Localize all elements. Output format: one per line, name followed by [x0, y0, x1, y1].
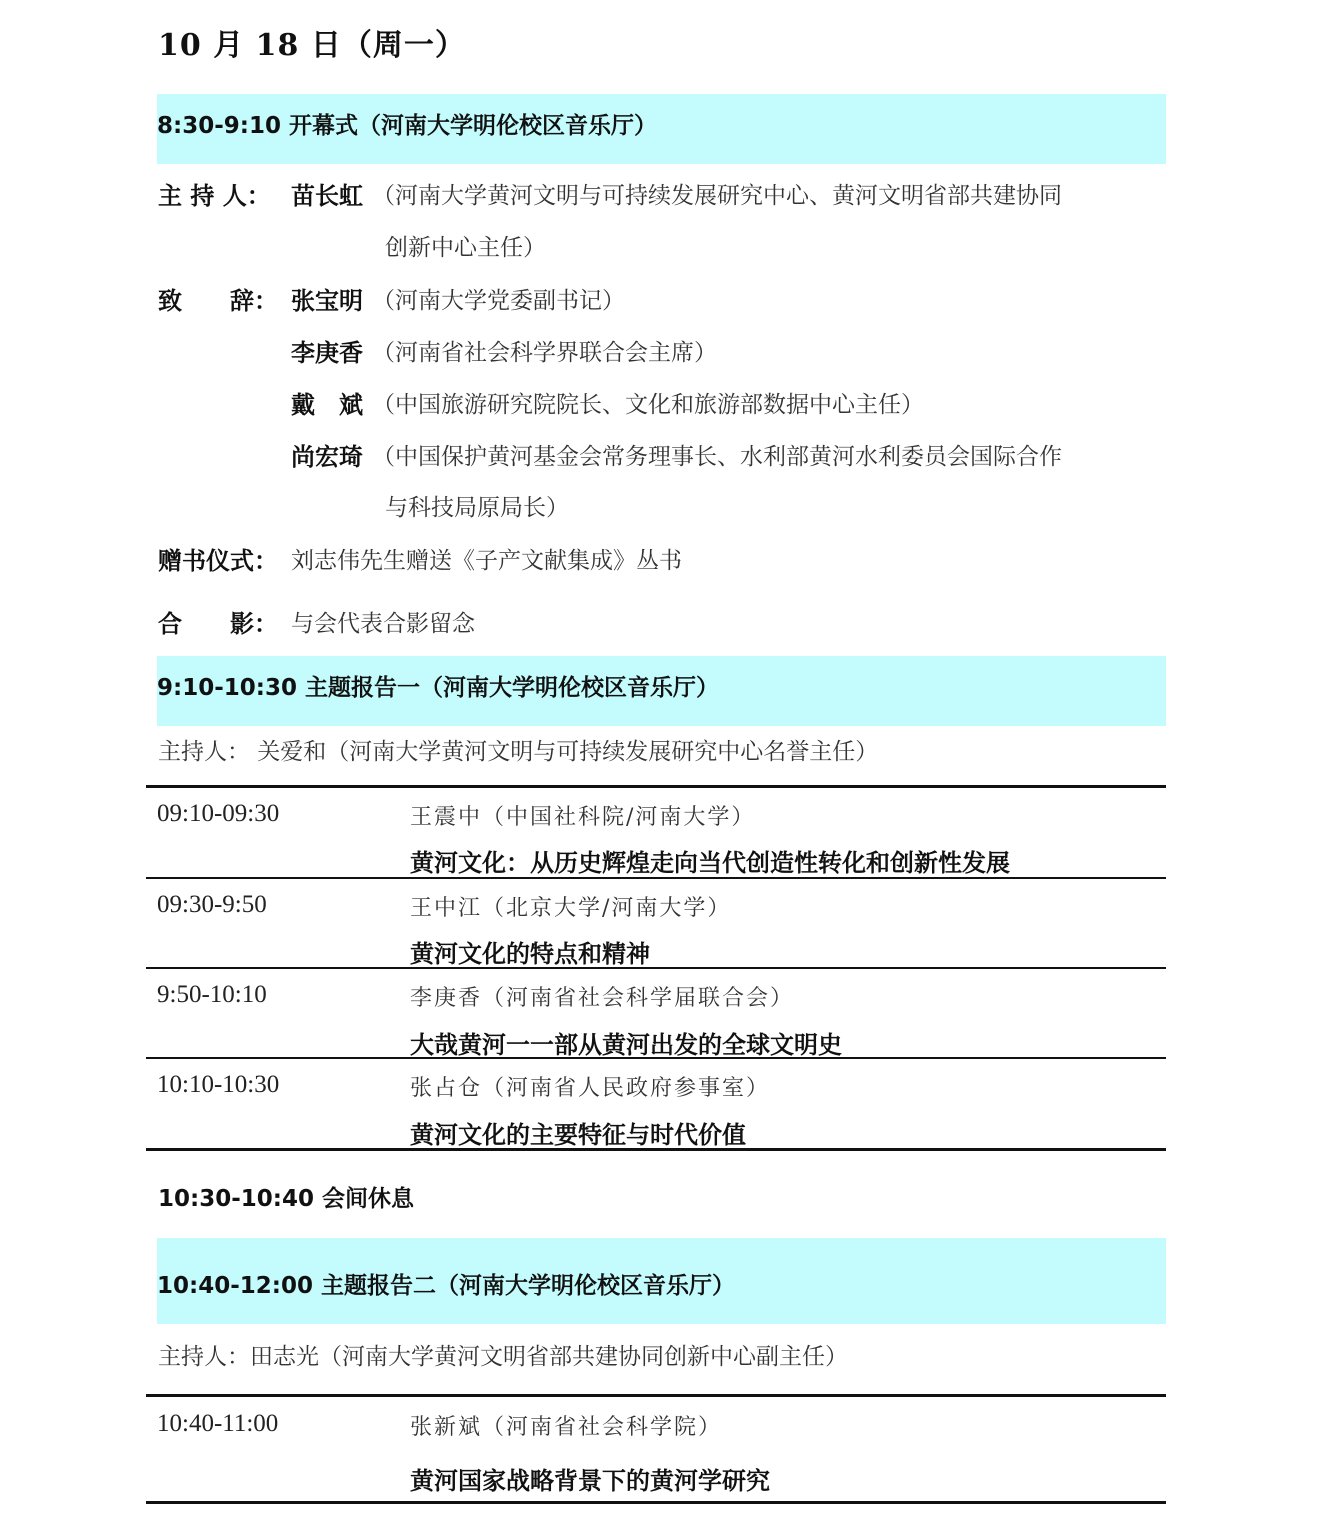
speaker-name: 张宝明	[291, 281, 363, 316]
host-desc: （河南大学黄河文明与可持续发展研究中心、黄河文明省部共建协同	[372, 177, 1062, 210]
session2-header: 10:40-12:00 主题报告二（河南大学明伦校区音乐厅）	[157, 1267, 1166, 1300]
table-bottom-rule	[146, 1501, 1166, 1504]
photo-desc: 与会代表合影留念	[291, 605, 475, 638]
table-top-rule	[146, 1394, 1166, 1397]
session1-host: 主持人： 关爱和（河南大学黄河文明与可持续发展研究中心名誉主任）	[158, 733, 878, 766]
speaker-name: 戴 斌	[291, 385, 363, 420]
session2-host: 主持人：田志光（河南大学黄河文明省部共建协同创新中心副主任）	[158, 1338, 848, 1371]
row-divider	[146, 877, 1166, 879]
opening-header: 8:30-9:10 开幕式（河南大学明伦校区音乐厅）	[157, 107, 1166, 140]
talk-title: 黄河国家战略背景下的黄河学研究	[410, 1461, 770, 1496]
session1-header: 9:10-10:30 主题报告一（河南大学明伦校区音乐厅）	[157, 669, 1166, 702]
speaker-name: 李庚香	[291, 333, 363, 368]
opening-header-band: 8:30-9:10 开幕式（河南大学明伦校区音乐厅）	[157, 94, 1166, 164]
book-label: 赠书仪式：	[158, 541, 278, 576]
table-bottom-rule	[146, 1148, 1166, 1151]
speaker-desc: （河南省社会科学界联合会主席）	[372, 334, 717, 367]
talk-time: 10:40-11:00	[157, 1410, 278, 1438]
talk-speaker: 张占仓（河南省人民政府参事室）	[410, 1071, 770, 1102]
speech-label: 致 辞：	[158, 281, 278, 316]
talk-time: 10:10-10:30	[157, 1071, 279, 1099]
speaker-desc: （中国旅游研究院院长、文化和旅游部数据中心主任）	[372, 386, 924, 419]
row-divider	[146, 1057, 1166, 1059]
day-title: 10 月 18 日（周一）	[158, 20, 466, 64]
talk-time: 09:10-09:30	[157, 800, 279, 828]
talk-speaker: 李庚香（河南省社会科学届联合会）	[410, 981, 794, 1012]
talk-title: 黄河文化的特点和精神	[410, 934, 650, 969]
host-name: 苗长虹	[291, 176, 363, 211]
talk-speaker: 王震中（中国社科院/河南大学）	[410, 800, 755, 831]
table-top-rule	[146, 785, 1166, 788]
book-desc: 刘志伟先生赠送《子产文献集成》丛书	[291, 542, 682, 575]
photo-label: 合 影：	[158, 604, 278, 639]
talk-title: 大哉黄河一一部从黄河出发的全球文明史	[410, 1025, 842, 1060]
session1-header-band: 9:10-10:30 主题报告一（河南大学明伦校区音乐厅）	[157, 656, 1166, 726]
speaker-name: 尚宏琦	[291, 437, 363, 472]
talk-title: 黄河文化的主要特征与时代价值	[410, 1115, 746, 1150]
session2-header-band: 10:40-12:00 主题报告二（河南大学明伦校区音乐厅）	[157, 1238, 1166, 1324]
host-label: 主 持 人：	[158, 176, 271, 211]
talk-time: 09:30-9:50	[157, 891, 267, 919]
talk-speaker: 王中江（北京大学/河南大学）	[410, 891, 731, 922]
speaker-desc-cont: 与科技局原局长）	[385, 489, 569, 522]
host-desc-cont: 创新中心主任）	[385, 229, 546, 262]
break-item: 10:30-10:40 会间休息	[158, 1180, 414, 1213]
row-divider	[146, 967, 1166, 969]
talk-title: 黄河文化：从历史辉煌走向当代创造性转化和创新性发展	[410, 843, 1010, 878]
speaker-desc: （中国保护黄河基金会常务理事长、水利部黄河水利委员会国际合作	[372, 438, 1062, 471]
speaker-desc: （河南大学党委副书记）	[372, 282, 625, 315]
talk-time: 9:50-10:10	[157, 981, 267, 1009]
talk-speaker: 张新斌（河南省社会科学院）	[410, 1410, 722, 1441]
